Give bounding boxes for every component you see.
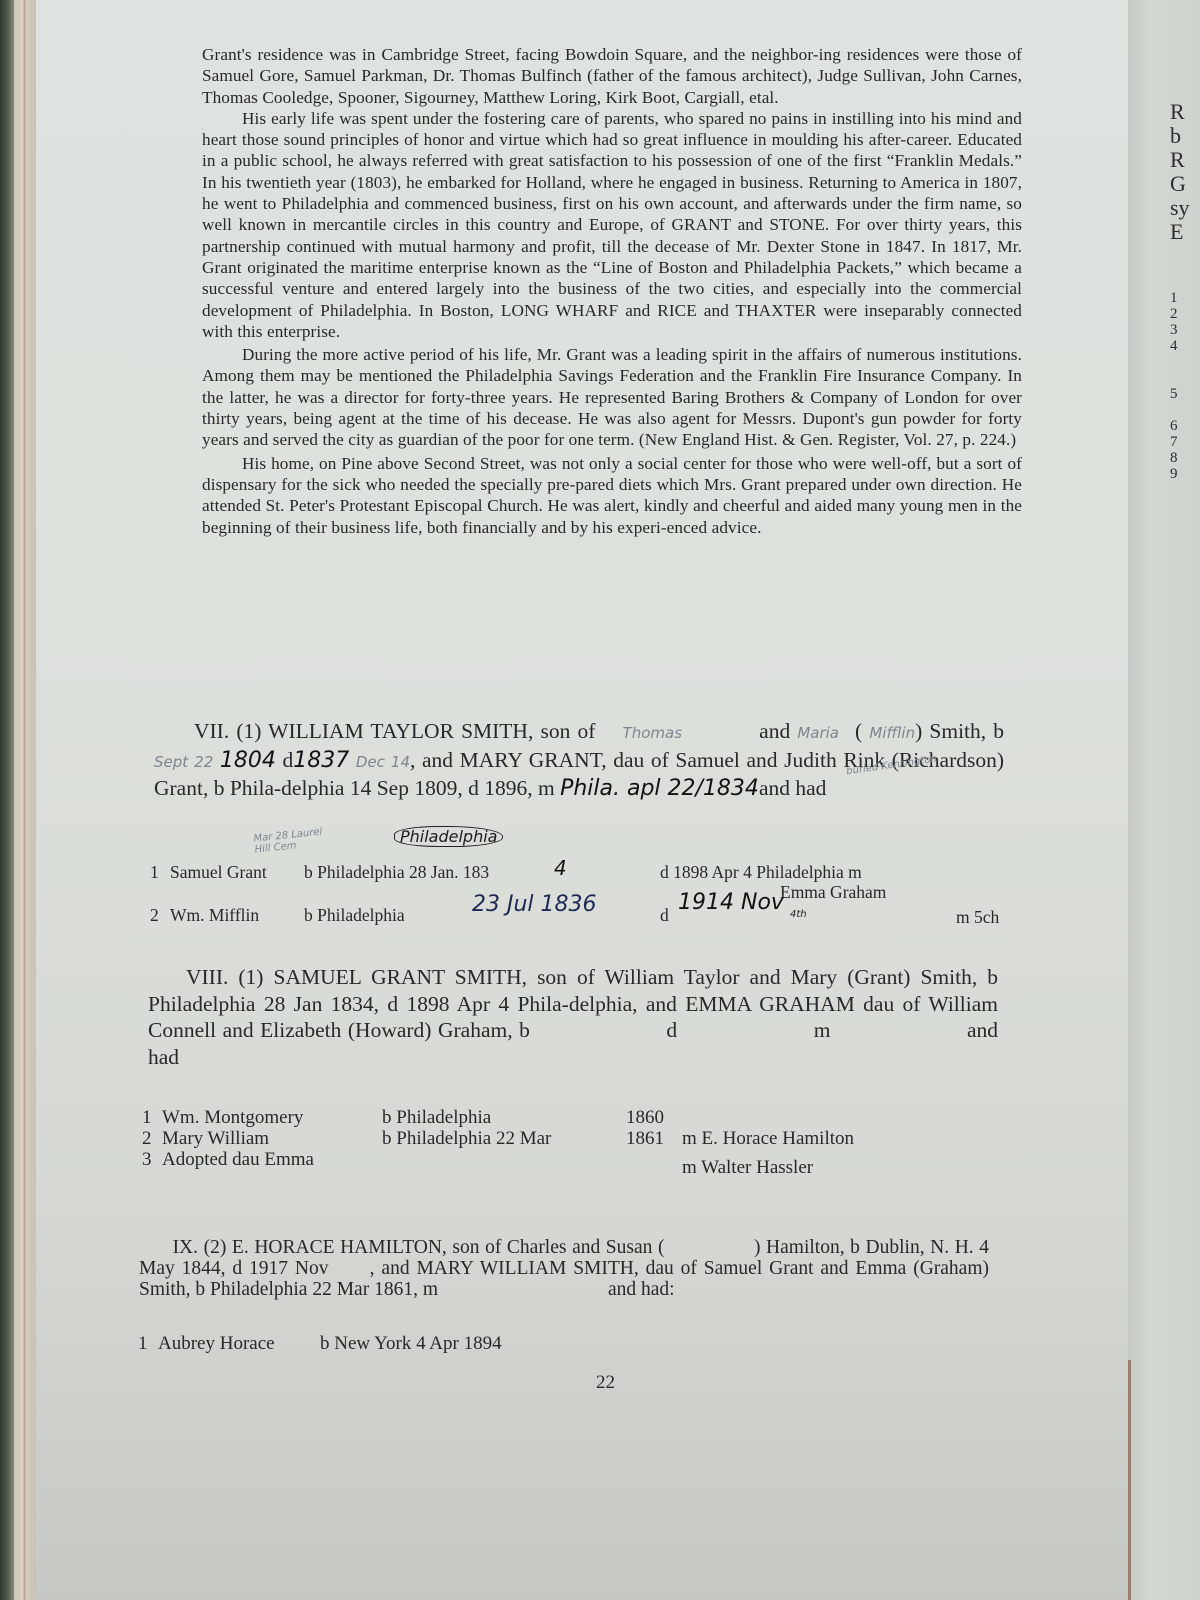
page-crease bbox=[1128, 1360, 1131, 1600]
fragment-number: 5 bbox=[1170, 386, 1178, 402]
next-page-numbers: 1 2 3 4 5 6 7 8 9 bbox=[1170, 290, 1178, 482]
child-name: Aubrey Horace bbox=[158, 1334, 275, 1354]
child-birth: b Philadelphia 22 Mar bbox=[382, 1129, 551, 1149]
child-number: 1 bbox=[138, 1334, 148, 1354]
paragraph-early-life: His early life was spent under the foste… bbox=[202, 108, 1022, 342]
entry-viii: VIII. (1) SAMUEL GRANT SMITH, son of Wil… bbox=[148, 964, 998, 1070]
fragment-letter: G bbox=[1170, 172, 1190, 196]
fragment-number: 1 bbox=[1170, 290, 1178, 306]
text-fragment: and had: bbox=[608, 1279, 675, 1300]
fragment-number bbox=[1170, 354, 1178, 370]
text-fragment: and had bbox=[759, 776, 826, 800]
child-birth: b New York 4 Apr 1894 bbox=[320, 1334, 502, 1354]
fragment-letter: R bbox=[1170, 100, 1190, 124]
handwritten-maiden-name: Mifflin bbox=[869, 724, 915, 742]
child-number: 2 bbox=[142, 1129, 152, 1149]
next-page-fragment: R b R G sy E 1 2 3 4 5 6 7 8 9 bbox=[1128, 0, 1200, 1600]
handwritten-birth-date: 23 Jul 1836 bbox=[472, 895, 597, 915]
entry-ix-text: IX. (2) E. HORACE HAMILTON, son of Charl… bbox=[139, 1237, 994, 1300]
child-birth-year: 1861 bbox=[626, 1129, 664, 1149]
page-number: 22 bbox=[596, 1372, 615, 1394]
child-death: d 1898 Apr 4 Philadelphia m bbox=[660, 862, 862, 882]
fragment-number bbox=[1170, 370, 1178, 386]
text-fragment: d bbox=[666, 1018, 677, 1042]
book-page: Grant's residence was in Cambridge Stree… bbox=[36, 0, 1128, 1600]
child-name: Samuel Grant bbox=[170, 862, 267, 882]
child-note: m 5ch bbox=[956, 907, 999, 927]
child-spouse: Emma Graham bbox=[780, 882, 886, 902]
next-page-letters: R b R G sy E bbox=[1170, 100, 1190, 244]
handwritten-birth-year: 1804 bbox=[220, 748, 276, 773]
child-birth-year: 1860 bbox=[626, 1108, 664, 1128]
child-number: 1 bbox=[150, 862, 159, 882]
handwritten-correction: 4 bbox=[554, 858, 567, 878]
child-death: d bbox=[660, 905, 669, 925]
handwritten-death-day: 4th bbox=[790, 905, 807, 925]
page-edge bbox=[14, 0, 36, 1600]
text-fragment: ) Smith, b bbox=[915, 719, 1004, 743]
child-name: Wm. Montgomery bbox=[162, 1108, 303, 1128]
child-spouse: m E. Horace Hamilton bbox=[682, 1129, 854, 1149]
text-fragment: ( bbox=[855, 719, 862, 743]
child-number: 2 bbox=[150, 905, 159, 925]
fragment-number bbox=[1170, 402, 1178, 418]
fragment-number: 6 bbox=[1170, 418, 1178, 434]
fragment-letter: sy bbox=[1170, 196, 1190, 220]
handwritten-mother: Maria bbox=[797, 724, 839, 742]
handwritten-marriage: Phila. apl 22/1834 bbox=[560, 776, 759, 801]
handwritten-death-date: 1914 Nov bbox=[678, 893, 784, 913]
fragment-letter: E bbox=[1170, 220, 1190, 244]
paragraph-home: His home, on Pine above Second Street, w… bbox=[202, 453, 1022, 538]
handwritten-death-year: 1837 bbox=[293, 748, 349, 773]
book-binding bbox=[0, 0, 14, 1600]
fragment-number: 7 bbox=[1170, 434, 1178, 450]
fragment-number: 8 bbox=[1170, 450, 1178, 466]
handwritten-death-day: Dec 14 bbox=[356, 753, 410, 771]
child-spouse: m Walter Hassler bbox=[682, 1158, 813, 1178]
handwritten-birth-day: Sept 22 bbox=[154, 753, 213, 771]
text-fragment: and bbox=[759, 719, 790, 743]
child-birth: b Philadelphia bbox=[304, 905, 405, 925]
handwritten-death-note: Mar 28 Laurel Hill Cem bbox=[253, 826, 325, 855]
paragraph-residence: Grant's residence was in Cambridge Stree… bbox=[202, 44, 1022, 108]
entry-viii-text: VIII. (1) SAMUEL GRANT SMITH, son of Wil… bbox=[148, 965, 998, 1042]
text-fragment: m bbox=[814, 1018, 831, 1042]
child-name: Wm. Mifflin bbox=[170, 905, 259, 925]
narrative-text: Grant's residence was in Cambridge Stree… bbox=[202, 44, 1022, 538]
fragment-number: 2 bbox=[1170, 306, 1178, 322]
child-number: 1 bbox=[142, 1108, 152, 1128]
child-birth: b Philadelphia 28 Jan. 183 bbox=[304, 862, 489, 882]
handwritten-father: Thomas bbox=[623, 724, 682, 742]
entry-vii-heading: VII. (1) WILLIAM TAYLOR SMITH, bbox=[194, 719, 533, 743]
child-name: Mary William bbox=[162, 1129, 269, 1149]
text-fragment: d bbox=[283, 748, 294, 772]
text-fragment: son of bbox=[540, 719, 595, 743]
handwritten-circled-place: Philadelphia bbox=[394, 826, 503, 847]
fragment-letter: R bbox=[1170, 148, 1190, 172]
child-birth: b Philadelphia bbox=[382, 1108, 491, 1128]
fragment-number: 3 bbox=[1170, 322, 1178, 338]
fragment-letter: b bbox=[1170, 124, 1190, 148]
child-name: Adopted dau Emma bbox=[162, 1150, 314, 1170]
entry-ix: IX. (2) E. HORACE HAMILTON, son of Charl… bbox=[139, 1216, 989, 1321]
entry-vii: VII. (1) WILLIAM TAYLOR SMITH, son of Th… bbox=[154, 718, 1004, 803]
fragment-number: 4 bbox=[1170, 338, 1178, 354]
fragment-number: 9 bbox=[1170, 466, 1178, 482]
paragraph-institutions: During the more active period of his lif… bbox=[202, 344, 1022, 450]
child-number: 3 bbox=[142, 1150, 152, 1170]
